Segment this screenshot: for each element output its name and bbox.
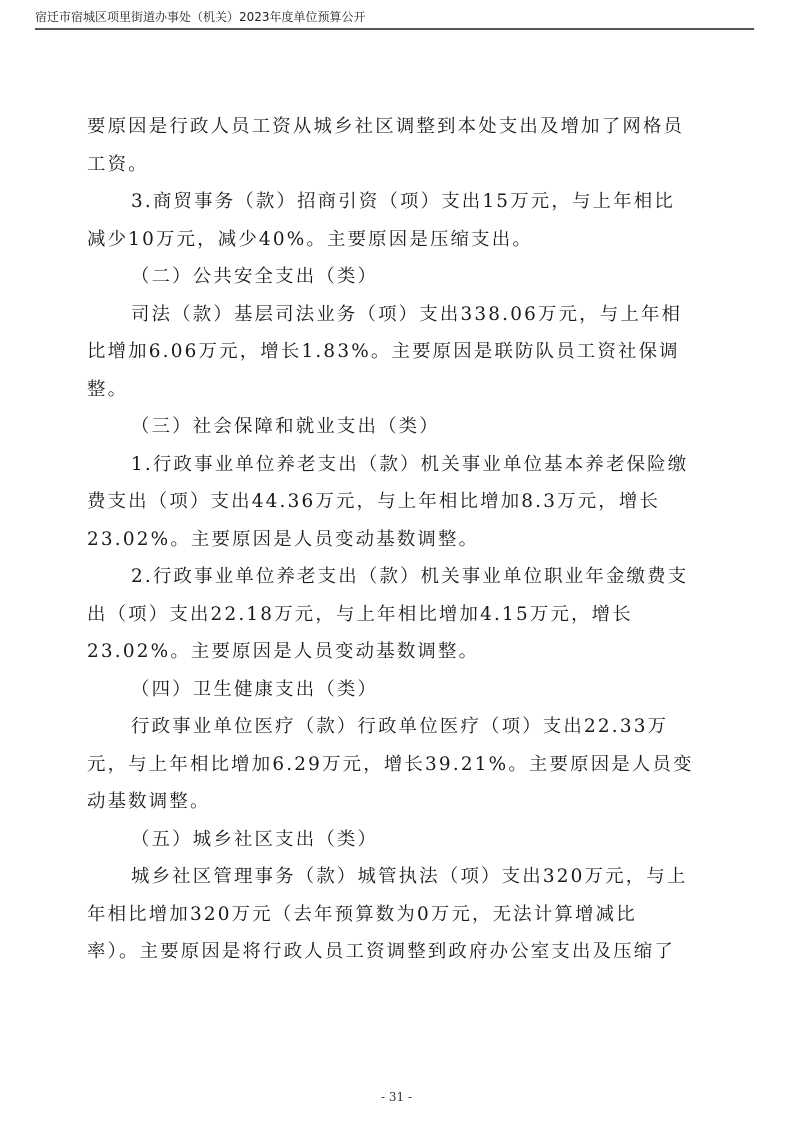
section-heading: （二）公共安全支出（类） <box>87 258 711 296</box>
text-line: 元，与上年相比增加6.29万元，增长39.21%。主要原因是人员变 <box>87 746 711 784</box>
text-line: 司法（款）基层司法业务（项）支出338.06万元，与上年相 <box>87 296 711 334</box>
text-line: 年相比增加320万元（去年预算数为0万元，无法计算增减比 <box>87 896 711 934</box>
text-line: 工资。 <box>87 146 711 184</box>
section-heading: （三）社会保障和就业支出（类） <box>87 408 711 446</box>
text-line: 要原因是行政人员工资从城乡社区调整到本处支出及增加了网格员 <box>87 108 711 146</box>
header-title: 宿迁市宿城区项里街道办事处（机关）2023年度单位预算公开 <box>35 9 752 25</box>
text-line: 减少10万元，减少40%。主要原因是压缩支出。 <box>87 221 711 259</box>
text-line: 23.02%。主要原因是人员变动基数调整。 <box>87 521 711 559</box>
document-body: 要原因是行政人员工资从城乡社区调整到本处支出及增加了网格员 工资。 3.商贸事务… <box>87 108 711 971</box>
text-line: 出（项）支出22.18万元，与上年相比增加4.15万元，增长 <box>87 596 711 634</box>
text-line: 1.行政事业单位养老支出（款）机关事业单位基本养老保险缴 <box>87 446 711 484</box>
section-heading: （四）卫生健康支出（类） <box>87 671 711 709</box>
text-line: 率）。主要原因是将行政人员工资调整到政府办公室支出及压缩了 <box>87 933 711 971</box>
text-line: 2.行政事业单位养老支出（款）机关事业单位职业年金缴费支 <box>87 558 711 596</box>
text-line: 3.商贸事务（款）招商引资（项）支出15万元，与上年相比 <box>87 183 711 221</box>
page-number: - 31 - <box>0 1090 793 1104</box>
header-divider <box>35 28 754 30</box>
text-line: 23.02%。主要原因是人员变动基数调整。 <box>87 633 711 671</box>
text-line: 城乡社区管理事务（款）城管执法（项）支出320万元，与上 <box>87 858 711 896</box>
section-heading: （五）城乡社区支出（类） <box>87 821 711 859</box>
text-line: 整。 <box>87 371 711 409</box>
text-line: 费支出（项）支出44.36万元，与上年相比增加8.3万元，增长 <box>87 483 711 521</box>
page-header: 宿迁市宿城区项里街道办事处（机关）2023年度单位预算公开 <box>35 9 752 25</box>
text-line: 行政事业单位医疗（款）行政单位医疗（项）支出22.33万 <box>87 708 711 746</box>
text-line: 动基数调整。 <box>87 783 711 821</box>
text-line: 比增加6.06万元，增长1.83%。主要原因是联防队员工资社保调 <box>87 333 711 371</box>
